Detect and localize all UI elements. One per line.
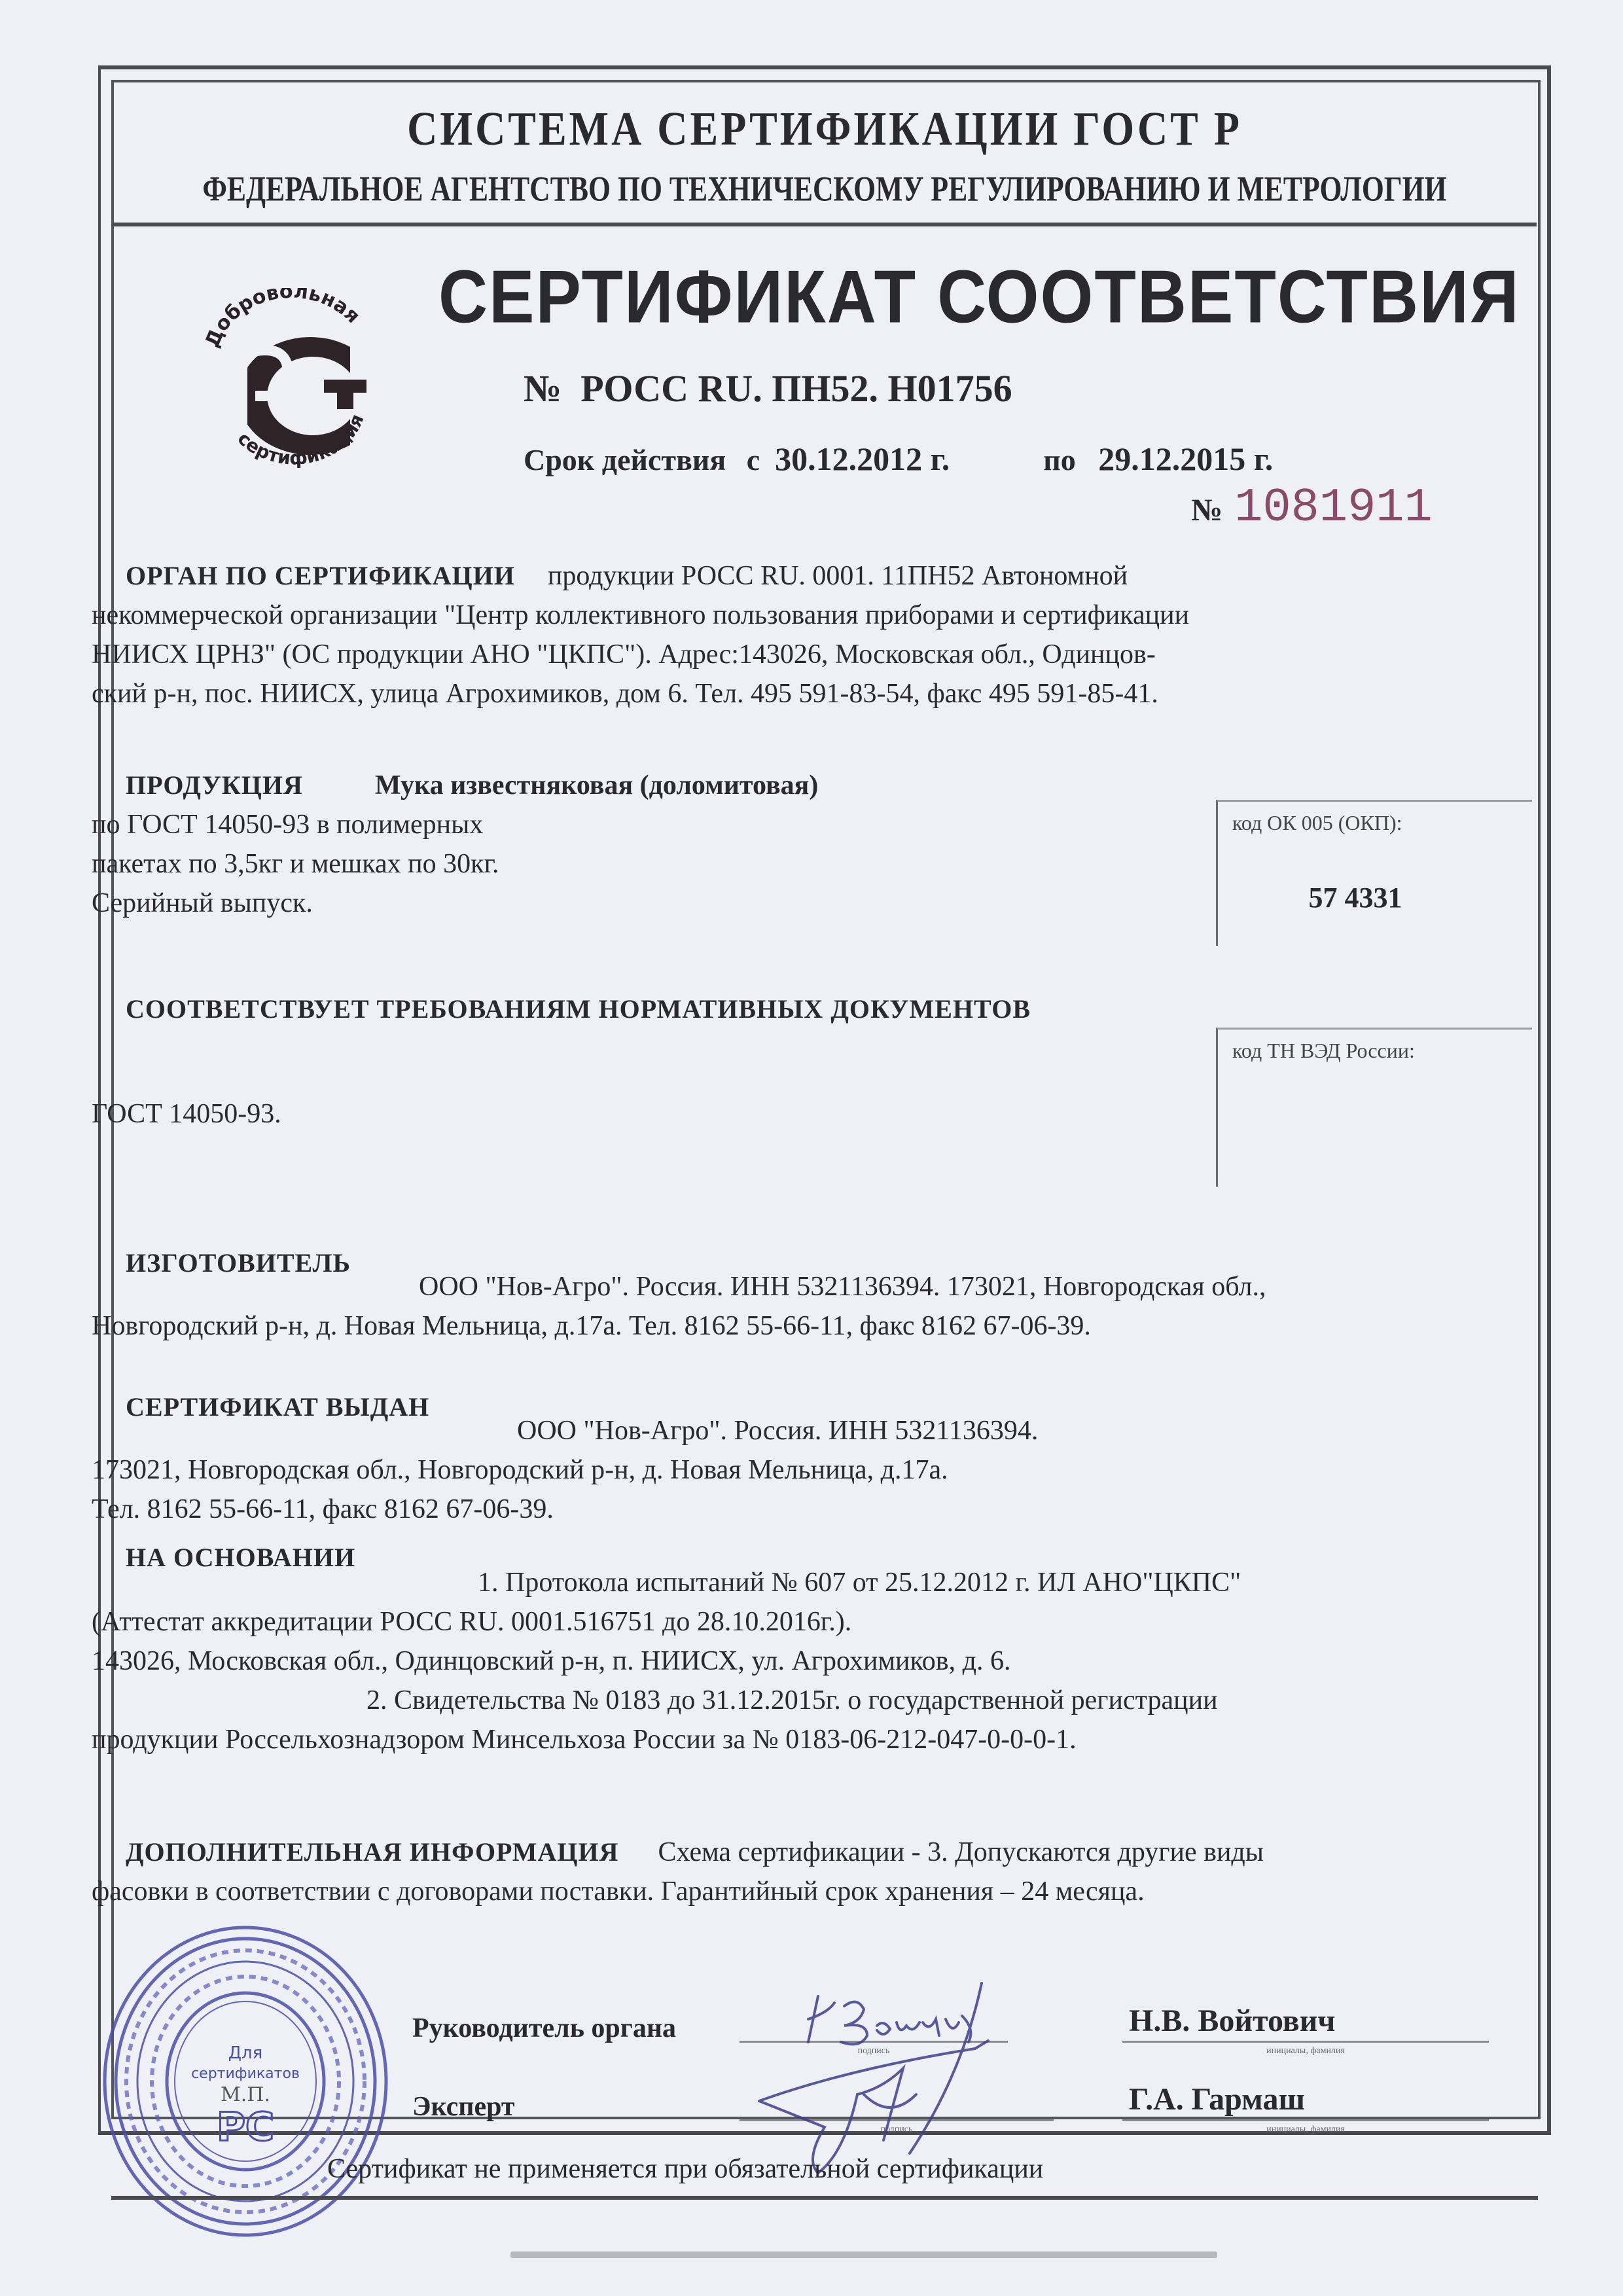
issued-to-section: СЕРТИФИКАТ ВЫДАН ООО "Нов-Агро". Россия.… [92,1388,1525,1529]
okp-code-value: 57 4331 [1218,881,1493,914]
head-name: Н.В. Войтович [1129,2003,1335,2039]
agency-heading: ФЕДЕРАЛЬНОЕ АГЕНТСТВО ПО ТЕХНИЧЕСКОМУ РЕ… [161,169,1488,209]
certification-body-line: некоммерческой организации "Центр коллек… [92,596,1525,635]
issued-to-label: СЕРТИФИКАТ ВЫДАН [126,1392,429,1422]
additional-info-section: ДОПОЛНИТЕЛЬНАЯ ИНФОРМАЦИЯСхема сертифика… [92,1833,1525,1911]
to-label: по [1043,443,1076,476]
certification-body-line: НИИСХ ЦРНЗ" (ОС продукции АНО "ЦКПС"). А… [92,635,1525,674]
manufacturer-section: ИЗГОТОВИТЕЛЬ ООО "Нов-Агро". Россия. ИНН… [92,1244,1525,1346]
basis-line: продукции Россельхознадзором Минсельхоза… [92,1720,1525,1759]
tnved-code-box: код ТН ВЭД России: [1216,1028,1532,1187]
svg-text:М.П.: М.П. [221,2083,270,2106]
name-caption: инициалы, фамилия [1122,2046,1489,2056]
additional-info-line: фасовки в соответствии с договорами пост… [92,1872,1525,1911]
head-of-body-label: Руководитель органа [412,2013,676,2044]
product-label: ПРОДУКЦИЯ [126,770,303,800]
basis-label: НА ОСНОВАНИИ [126,1543,355,1572]
basis-line: 2. Свидетельства № 0183 до 31.12.2015г. … [92,1681,1525,1720]
tnved-code-label: код ТН ВЭД России: [1218,1030,1532,1063]
expert-label: Эксперт [412,2091,515,2123]
head-name-line [1122,2041,1489,2043]
svg-text:РС: РС [217,2104,274,2150]
serial-number: 1081911 [1234,481,1432,535]
validity-period: Срок действия с 30.12.2012 г. по 29.12.2… [524,440,1273,478]
okp-code-box: код ОК 005 (ОКП): 57 4331 [1216,800,1532,946]
basis-line: 143026, Московская обл., Одинцовский р-н… [92,1641,1525,1681]
blank-serial: №1081911 [1191,481,1433,535]
certificate-number: № РОСС RU. ПН52. Н01756 [524,367,1012,410]
certification-body-line: ский р-н, пос. НИИСХ, улица Агрохимиков,… [92,674,1525,713]
certification-body-section: ОРГАН ПО СЕРТИФИКАЦИИпродукции РОСС RU. … [92,556,1525,713]
svg-text:Для: Для [228,2043,263,2063]
svg-text:сертификатов: сертификатов [191,2066,300,2082]
system-heading: СИСТЕМА СЕРТИФИКАЦИИ ГОСТ Р [111,101,1538,156]
okp-code-label: код ОК 005 (ОКП): [1218,802,1532,835]
valid-to: 29.12.2015 г. [1098,440,1273,477]
manufacturer-line: Новгородский р-н, д. Новая Мельница, д.1… [92,1306,1525,1346]
manufacturer-label: ИЗГОТОВИТЕЛЬ [126,1248,351,1278]
serial-sign: № [1191,493,1222,528]
svg-text:Добровольная: Добровольная [201,288,365,351]
certification-body-line: продукции РОСС RU. 0001. 11ПН52 Автономн… [548,561,1128,591]
basis-section: НА ОСНОВАНИИ 1. Протокола испытаний № 60… [92,1538,1525,1759]
printer-imprint [510,2251,1217,2258]
conformity-label: СООТВЕТСТВУЕТ ТРЕБОВАНИЯМ НОРМАТИВНЫХ ДО… [126,994,1031,1024]
additional-info-label: ДОПОЛНИТЕЛЬНАЯ ИНФОРМАЦИЯ [126,1837,618,1867]
header-divider [113,223,1537,226]
basis-line: (Аттестат аккредитации РОСС RU. 0001.516… [92,1602,1525,1641]
validity-label: Срок действия [524,443,726,476]
issued-to-line: 173021, Новгородская обл., Новгородский … [92,1450,1525,1490]
from-label: с [747,443,760,476]
additional-info-line: Схема сертификации - 3. Допускаются друг… [658,1837,1264,1867]
issued-to-line: Тел. 8162 55-66-11, факс 8162 67-06-39. [92,1490,1525,1529]
certification-body-label: ОРГАН ПО СЕРТИФИКАЦИИ [126,561,515,590]
product-name: Мука известняковая (доломитовая) [375,770,818,800]
number-sign: № [524,367,562,410]
certificate-number-value: РОСС RU. ПН52. Н01756 [580,367,1012,410]
bottom-rule [111,2196,1538,2200]
expert-name-line [1122,2119,1489,2121]
valid-from: 30.12.2012 г. [775,440,950,477]
document-title: СЕРТИФИКАТ СООТВЕТСТВИЯ [438,255,1520,340]
rst-mark-icon: Добровольная сертификация [190,288,386,478]
name-caption: инициалы, фамилия [1122,2125,1489,2135]
footer-note: Сертификат не применяется при обязательн… [327,2153,1043,2185]
